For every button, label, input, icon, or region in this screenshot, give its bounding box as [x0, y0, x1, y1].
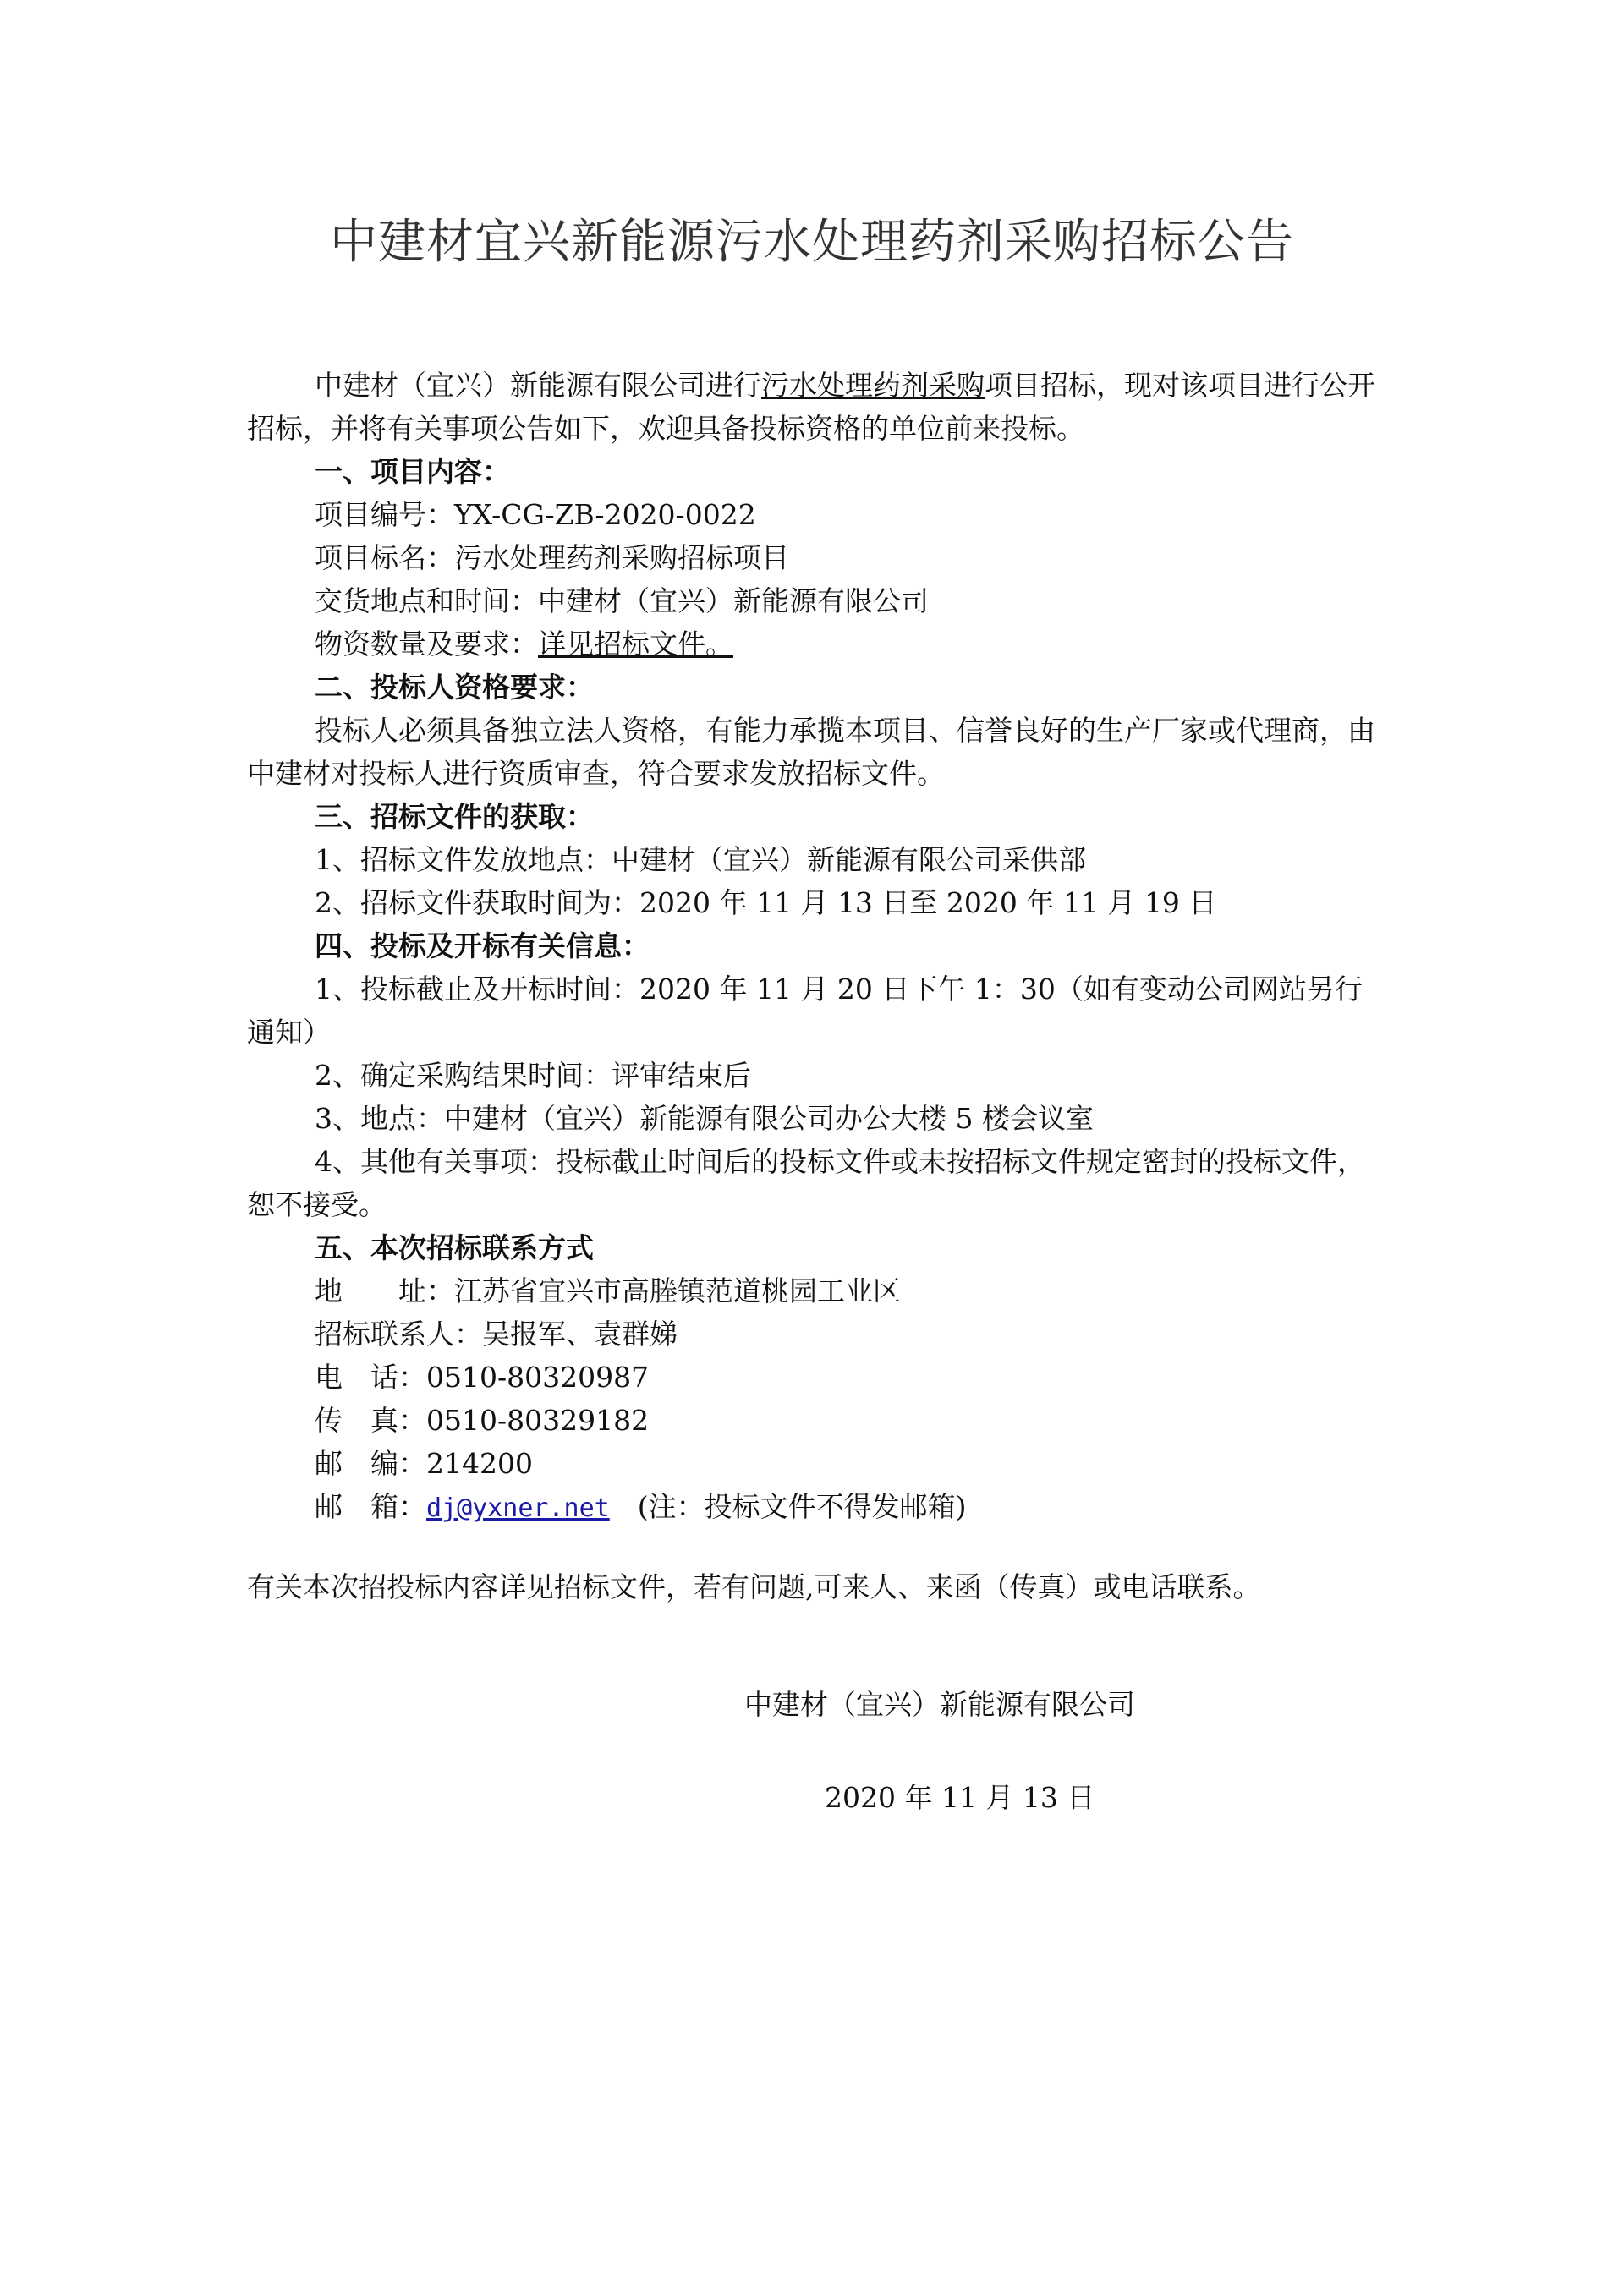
section1-heading: 一、项目内容：: [247, 450, 1389, 493]
signature-company: 中建材（宜兴）新能源有限公司: [744, 1683, 1135, 1726]
bid-location: 3、地点：中建材（宜兴）新能源有限公司办公大楼 5 楼会议室: [247, 1097, 1389, 1140]
fax-value: 0510-80329182: [426, 1404, 649, 1437]
document-body: 中建材（宜兴）新能源有限公司进行污水处理药剂采购项目招标，现对该项目进行公开招标…: [247, 364, 1389, 1608]
contact-phone: 电 话：0510-80320987: [247, 1356, 1389, 1399]
result-time: 2、确定采购结果时间：评审结束后: [247, 1054, 1389, 1097]
bid-deadline: 1、投标截止及开标时间：2020 年 11 月 20 日下午 1：30（如有变动…: [247, 967, 1389, 1054]
contact-address: 地 址：江苏省宜兴市高塍镇范道桃园工业区: [247, 1269, 1389, 1312]
contact-postcode: 邮 编：214200: [247, 1442, 1389, 1485]
other-matters: 4、其他有关事项：投标截止时间后的投标文件或未按招标文件规定密封的投标文件，恕不…: [247, 1140, 1389, 1226]
doc-distribution-time: 2、招标文件获取时间为：2020 年 11 月 13 日至 2020 年 11 …: [247, 881, 1389, 924]
fax-label: 传 真：: [315, 1399, 426, 1442]
contact-fax: 传 真：0510-80329182: [247, 1399, 1389, 1442]
quantity-label: 物资数量及要求：: [315, 627, 538, 660]
address-label: 地 址：: [315, 1269, 454, 1312]
section4-heading: 四、投标及开标有关信息：: [247, 924, 1389, 967]
contact-email: 邮 箱：dj@yxner.net (注：投标文件不得发邮箱): [247, 1485, 1389, 1530]
quantity-value: 详见招标文件。: [538, 627, 733, 660]
signature-date: 2020 年 11 月 13 日: [825, 1776, 1095, 1819]
qualification-text: 投标人必须具备独立法人资格，有能力承揽本项目、信誉良好的生产厂家或代理商，由中建…: [247, 709, 1389, 795]
contact-person: 招标联系人：吴报军、袁群娣: [247, 1312, 1389, 1356]
spacer: [247, 1530, 1389, 1565]
email-note: (注：投标文件不得发邮箱): [610, 1490, 967, 1523]
intro-text-before: 中建材（宜兴）新能源有限公司进行: [315, 369, 761, 402]
section5-heading: 五、本次招标联系方式: [247, 1226, 1389, 1269]
page-title: 中建材宜兴新能源污水处理药剂采购招标公告: [0, 213, 1624, 272]
project-number: 项目编号：YX-CG-ZB-2020-0022: [247, 493, 1389, 536]
intro-paragraph: 中建材（宜兴）新能源有限公司进行污水处理药剂采购项目招标，现对该项目进行公开招标…: [247, 364, 1389, 450]
phone-label: 电 话：: [315, 1356, 426, 1399]
closing-paragraph: 有关本次招投标内容详见招标文件，若有问题,可来人、来函（传真）或电话联系。: [247, 1565, 1389, 1608]
section3-heading: 三、招标文件的获取：: [247, 795, 1389, 838]
quantity-info: 物资数量及要求：详见招标文件。: [247, 622, 1389, 666]
delivery-info: 交货地点和时间：中建材（宜兴）新能源有限公司: [247, 579, 1389, 622]
postcode-label: 邮 编：: [315, 1442, 426, 1485]
contact-value: 吴报军、袁群娣: [482, 1318, 678, 1351]
doc-distribution-place: 1、招标文件发放地点：中建材（宜兴）新能源有限公司采供部: [247, 838, 1389, 881]
email-link[interactable]: dj@yxner.net: [426, 1493, 610, 1523]
section2-heading: 二、投标人资格要求：: [247, 666, 1389, 709]
address-value: 江苏省宜兴市高塍镇范道桃园工业区: [454, 1274, 901, 1307]
contact-label: 招标联系人：: [315, 1312, 482, 1356]
email-label: 邮 箱：: [315, 1485, 426, 1528]
intro-project-underlined: 污水处理药剂采购: [761, 369, 985, 402]
postcode-value: 214200: [426, 1447, 533, 1480]
phone-value: 0510-80320987: [426, 1361, 649, 1394]
project-name: 项目标名：污水处理药剂采购招标项目: [247, 536, 1389, 579]
